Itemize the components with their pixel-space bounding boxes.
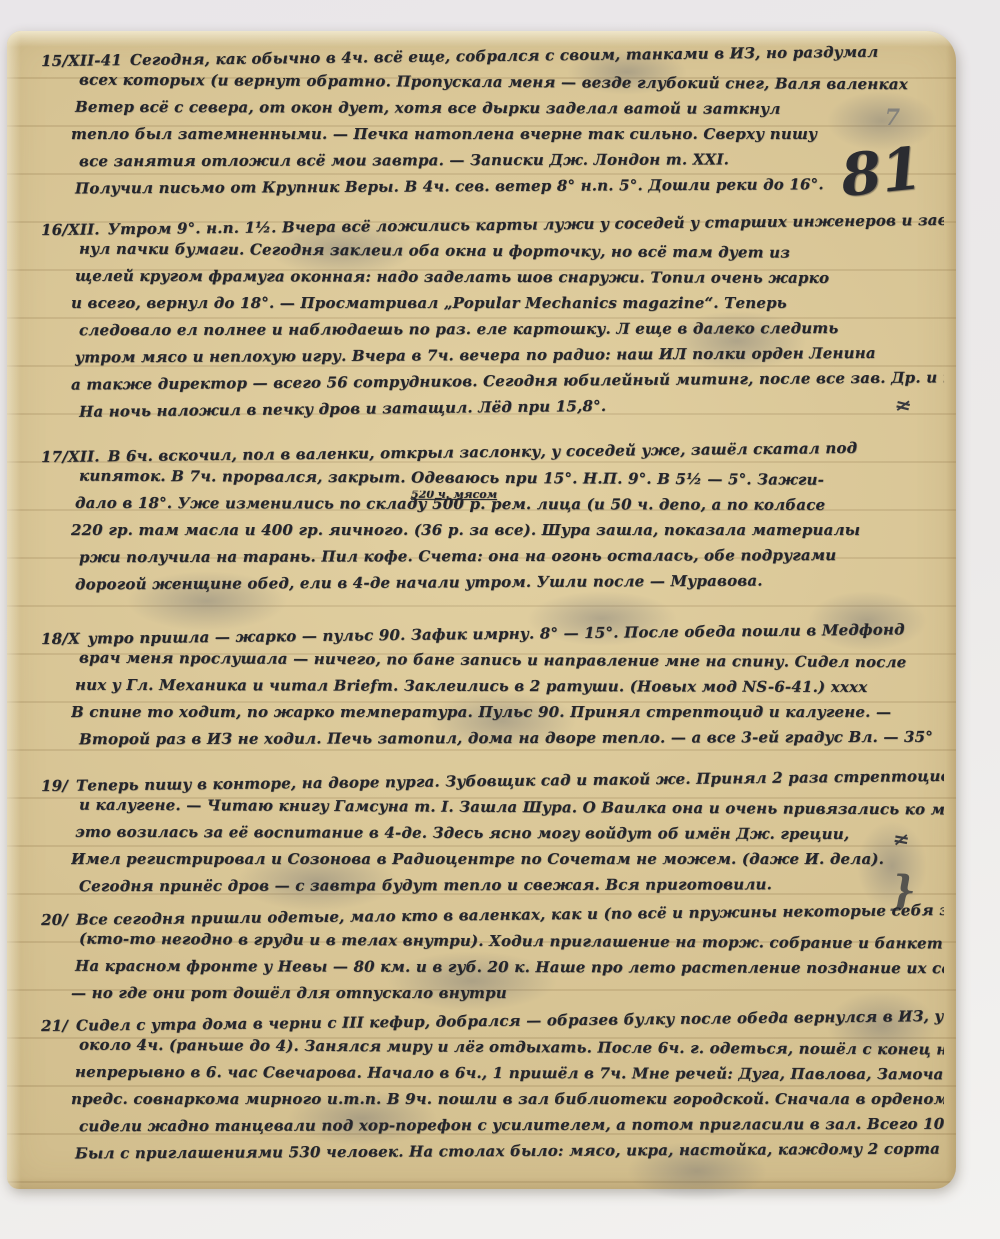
diary-page: 81 7 ≠ ≠ } 15/ХII-41Сегодня, как обычно … bbox=[7, 31, 956, 1189]
handwriting-line: около 4ч. (раньше до 4). Занялся миру и … bbox=[71, 1032, 944, 1063]
handwriting-line: Ветер всё с севера, от окон дует, хотя в… bbox=[71, 94, 944, 122]
handwriting-line: Получил письмо от Крупник Веры. В 4ч. се… bbox=[71, 171, 944, 202]
handwriting-line: кипяток. В 7ч. прорвался, закрыт. Одеваю… bbox=[71, 463, 944, 494]
handwriting-line: следовало ел полнее и наблюдаешь по раз.… bbox=[71, 315, 944, 343]
handwriting-line: (кто-то негодно в груди и в телах внутри… bbox=[71, 926, 944, 957]
interlinear-correction: 520 ч. мясом bbox=[411, 490, 497, 508]
handwriting-line: дало в 18°. Уже изменились по складу 500… bbox=[71, 490, 944, 518]
entry-date: 20/ bbox=[41, 907, 68, 933]
photo-background: 81 7 ≠ ≠ } 15/ХII-41Сегодня, как обычно … bbox=[0, 0, 1000, 1239]
handwriting-line: — но где они рот дошёл для отпускало вну… bbox=[71, 980, 944, 1006]
handwriting-line: На красном фронте у Невы — 80 км. и в гу… bbox=[71, 953, 944, 981]
handwriting-line: сидели жадно танцевали под хор-порефон с… bbox=[71, 1111, 944, 1139]
handwriting-line: В спине то ходит, по жарко температура. … bbox=[71, 699, 944, 725]
diary-entry: 16/ХII.Утром 9°. н.п. 1½. Вчера всё ложи… bbox=[41, 212, 944, 420]
handwriting-line: Имел регистрировал и Созонова в Радиоцен… bbox=[71, 846, 944, 872]
handwriting-line: нул пачки бумаги. Сегодня заклеил оба ок… bbox=[71, 236, 944, 267]
handwriting-line: непрерывно в 6. час Свечарова. Начало в … bbox=[71, 1059, 944, 1087]
handwriting-line: щелей кругом фрамуга оконная: надо задел… bbox=[71, 263, 944, 291]
handwriting-line: ржи получила на тарань. Пил кофе. Счета:… bbox=[71, 542, 944, 570]
diary-entry: 21/Сидел с утра дома в черни с III кефир… bbox=[41, 1008, 944, 1164]
handwriting-line: предс. совнаркома мирного и.т.п. В 9ч. п… bbox=[71, 1086, 944, 1112]
handwriting-line: них у Гл. Механика и читал Briefm. Закле… bbox=[71, 672, 944, 700]
diary-entry: 18/Хутро пришла — жарко — пульс 90. Зафи… bbox=[41, 621, 944, 751]
entry-date: 19/ bbox=[41, 773, 68, 799]
diary-entry: 19/Теперь пишу в конторе, на дворе пурга… bbox=[41, 768, 944, 898]
handwriting-line: это возилась за её воспитание в 4-де. Зд… bbox=[71, 819, 944, 847]
handwriting-line: Второй раз в ИЗ не ходил. Печь затопил, … bbox=[71, 724, 944, 752]
entry-date: 21/ bbox=[41, 1013, 68, 1039]
handwriting-line: врач меня прослушала — ничего, по бане з… bbox=[71, 645, 944, 676]
handwriting-line: Сегодня принёс дров — с завтра будут теп… bbox=[71, 871, 944, 899]
diary-entry: 15/ХII-41Сегодня, как обычно в 4ч. всё е… bbox=[41, 43, 944, 199]
handwriting-line: и калугене. — Читаю книгу Гамсуна т. I. … bbox=[71, 792, 944, 823]
handwriting-line: тепло был затемненными. — Печка натоплен… bbox=[71, 121, 944, 147]
handwriting-line: и всего, вернул до 18°. — Просматривал „… bbox=[71, 290, 944, 316]
handwriting-line: всех которых (и вернут обратно. Пропуска… bbox=[71, 67, 944, 98]
diary-entry: 20/Все сегодня пришли одетые, мало кто в… bbox=[41, 902, 944, 1006]
diary-entry: 17/ХII.В 6ч. вскочил, пол в валенки, отк… bbox=[41, 439, 944, 595]
handwriting-line: 220 гр. там масла и 400 гр. яичного. (36… bbox=[71, 517, 944, 543]
handwriting-line: все занятия отложил всё мои завтра. — За… bbox=[71, 146, 944, 174]
handwriting-line: дорогой женщине обед, ели в 4-де начали … bbox=[71, 567, 944, 598]
handwriting-line: Был с приглашениями 530 человек. На стол… bbox=[71, 1136, 944, 1167]
diary-entries: 15/ХII-41Сегодня, как обычно в 4ч. всё е… bbox=[7, 31, 956, 1164]
